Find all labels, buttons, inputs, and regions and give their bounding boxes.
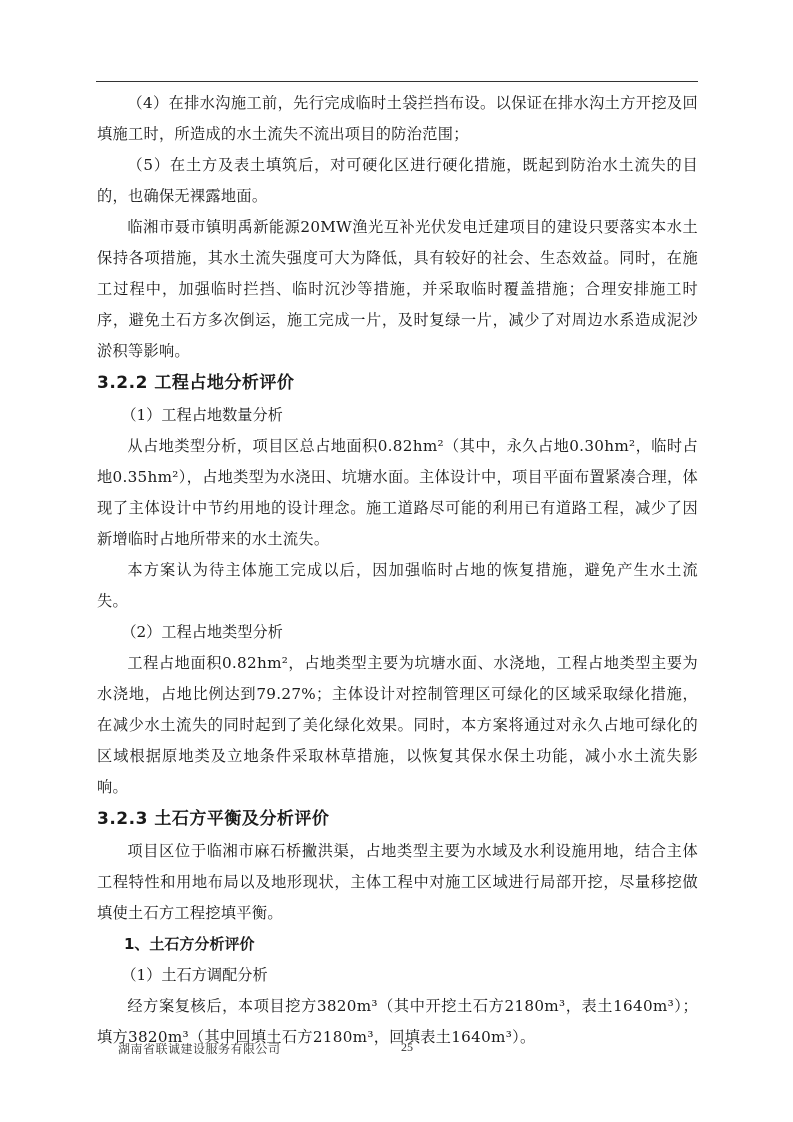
footer-company-name: 湖南省联诚建设服务有限公司 [118,1040,281,1057]
subheading-earthwork-allocation: （1）土石方调配分析 [97,960,698,991]
section-heading-3-2-2: 3.2.2 工程占地分析评价 [97,367,698,400]
subsection-heading-earthwork-analysis: 1、土石方分析评价 [97,929,698,960]
paragraph-earthwork-location: 项目区位于临湘市麻石桥撇洪渠，占地类型主要为水域及水利设施用地，结合主体工程特性… [97,836,698,929]
header-rule [96,81,698,82]
page-body: （4）在排水沟施工前，先行完成临时土袋拦挡布设。以保证在排水沟土方开挖及回填施工… [97,88,698,1053]
paragraph-land-type: 工程占地面积0.82hm²，占地类型主要为坑塘水面、水浇地，工程占地类型主要为水… [97,648,698,803]
paragraph-measure-4: （4）在排水沟施工前，先行完成临时土袋拦挡布设。以保证在排水沟土方开挖及回填施工… [97,88,698,150]
section-heading-3-2-3: 3.2.3 土石方平衡及分析评价 [97,803,698,836]
paragraph-land-quantity: 从占地类型分析，项目区总占地面积0.82hm²（其中，永久占地0.30hm²，临… [97,431,698,555]
page-number: 25 [401,1040,413,1055]
subheading-land-type: （2）工程占地类型分析 [97,617,698,648]
paragraph-land-recovery: 本方案认为待主体施工完成以后，因加强临时占地的恢复措施，避免产生水土流失。 [97,555,698,617]
paragraph-measure-5: （5）在土方及表土填筑后，对可硬化区进行硬化措施，既起到防治水土流失的目的，也确… [97,150,698,212]
paragraph-project-summary: 临湘市聂市镇明禹新能源20MW渔光互补光伏发电迁建项目的建设只要落实本水土保持各… [97,212,698,367]
subheading-land-quantity: （1）工程占地数量分析 [97,400,698,431]
